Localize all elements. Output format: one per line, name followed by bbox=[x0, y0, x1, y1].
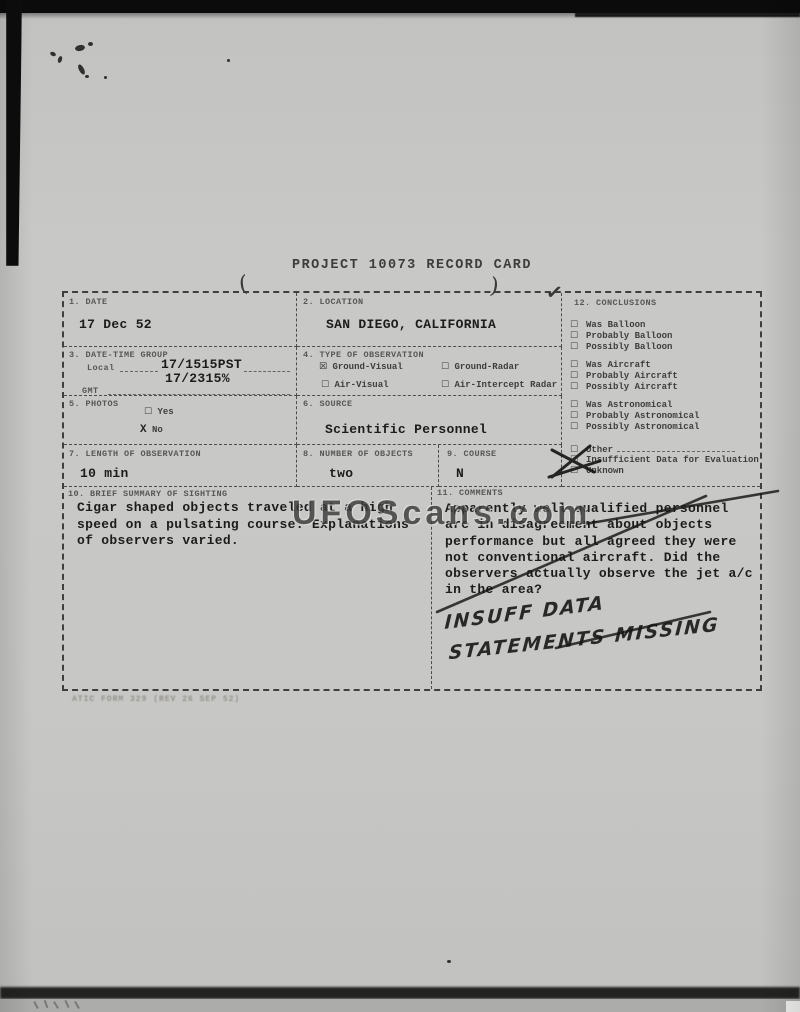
field-conclusions-label: 12. CONCLUSIONS bbox=[574, 298, 657, 308]
conclusion-option-possibly-aircraft: ☐Possibly Aircraft bbox=[570, 382, 678, 392]
checked-checkbox-icon: ☒ bbox=[319, 362, 327, 372]
field-location-value: SAN DIEGO, CALIFORNIA bbox=[326, 317, 496, 332]
ink-speck bbox=[74, 44, 85, 52]
ink-speck bbox=[447, 960, 451, 963]
conclusion-option-other: ☐Other bbox=[570, 442, 735, 455]
ink-speck bbox=[104, 76, 107, 79]
handwritten-paren-open: ( bbox=[238, 272, 249, 298]
handwritten-checkmark: ✓ bbox=[544, 279, 564, 305]
ink-speck bbox=[88, 42, 93, 46]
checkbox-icon: ☐ bbox=[570, 320, 586, 330]
typed-x-mark: X bbox=[140, 424, 147, 436]
comments-line: performance but all agreed they were bbox=[445, 534, 753, 550]
checkbox-icon: ☐ bbox=[570, 466, 586, 476]
checkbox-icon: ☐ bbox=[570, 342, 586, 352]
field-date: 1. DATE 17 Dec 52 bbox=[64, 293, 297, 347]
scanned-document-page: PROJECT 10073 RECORD CARD ( ) ✓ 1. DATE … bbox=[0, 0, 800, 1012]
checkbox-icon: ☐ bbox=[321, 380, 329, 390]
field-source-label: 6. SOURCE bbox=[303, 399, 353, 409]
photos-yes-option: ☐ Yes bbox=[144, 407, 174, 417]
field-course-value: N bbox=[456, 466, 464, 481]
checkbox-icon: ☐ bbox=[570, 445, 586, 455]
dtg-local-leader2 bbox=[244, 362, 290, 372]
field-location-label: 2. LOCATION bbox=[303, 297, 364, 307]
watermark: UFOScans.com bbox=[292, 494, 591, 533]
ink-speck bbox=[85, 75, 89, 78]
scan-top-shadow bbox=[0, 13, 800, 19]
summary-line: of observers varied. bbox=[77, 533, 409, 550]
checkbox-icon: ☐ bbox=[570, 400, 586, 410]
conclusion-option-was-aircraft: ☐Was Aircraft bbox=[570, 360, 651, 370]
dtg-local-value: 17/1515PST bbox=[161, 357, 242, 372]
option-air-intercept-radar: ☐ Air-Intercept Radar bbox=[441, 380, 557, 390]
checkbox-icon: ☐ bbox=[144, 407, 152, 417]
form-number-footer: ATIC FORM 329 (REV 26 SEP 52) bbox=[72, 695, 240, 704]
photos-no-option: X No bbox=[140, 424, 163, 436]
conclusion-option-unknown: ☐Unknown bbox=[570, 466, 624, 476]
field-number-value: two bbox=[329, 466, 353, 481]
checkbox-icon: ☐ bbox=[441, 362, 449, 372]
dtg-gmt-label: GMT bbox=[82, 386, 99, 396]
conclusion-option-possibly-balloon: ☐Possibly Balloon bbox=[570, 342, 672, 352]
conclusion-option-probably-aircraft: ☐Probably Aircraft bbox=[570, 371, 678, 381]
option-ground-radar: ☐ Ground-Radar bbox=[441, 362, 519, 372]
field-source-value: Scientific Personnel bbox=[325, 422, 487, 437]
dtg-local-label: Local bbox=[87, 363, 115, 373]
dtg-gmt-value: 17/2315% bbox=[165, 371, 230, 386]
ink-speck bbox=[227, 59, 230, 62]
field-location: 2. LOCATION SAN DIEGO, CALIFORNIA bbox=[297, 293, 562, 347]
field-type-of-observation: 4. TYPE OF OBSERVATION ☒ Ground-Visual ☐… bbox=[297, 347, 562, 396]
scan-left-edge bbox=[6, 0, 22, 266]
field-photos-label: 5. PHOTOS bbox=[69, 399, 119, 409]
form-title: PROJECT 10073 RECORD CARD bbox=[62, 258, 762, 273]
option-air-visual: ☐ Air-Visual bbox=[321, 380, 389, 390]
ink-speck bbox=[57, 56, 63, 64]
dtg-local-leader bbox=[120, 362, 158, 372]
conclusion-option-was-balloon: ☐Was Balloon bbox=[570, 320, 645, 330]
checkbox-icon: ☐ bbox=[570, 360, 586, 370]
scan-corner-patch bbox=[786, 1001, 800, 1012]
conclusion-option-probably-balloon: ☐Probably Balloon bbox=[570, 331, 672, 341]
conclusion-option-possibly-astronomical: ☐Possibly Astronomical bbox=[570, 422, 699, 432]
field-number-label: 8. NUMBER OF OBJECTS bbox=[303, 449, 413, 459]
field-length-value: 10 min bbox=[80, 466, 129, 481]
conclusion-option-insufficient-data: ☐Insufficient Data for Evaluation bbox=[570, 455, 759, 465]
field-type-obs-label: 4. TYPE OF OBSERVATION bbox=[303, 350, 424, 360]
scan-bottom-edge bbox=[0, 987, 800, 999]
comments-line: observers actually observe the jet a/c bbox=[445, 566, 753, 582]
ink-speck bbox=[49, 51, 56, 57]
field-date-time-group: 3. DATE-TIME GROUP Local 17/1515PST 17/2… bbox=[64, 347, 297, 396]
field-course-label: 9. COURSE bbox=[447, 449, 497, 459]
field-source: 6. SOURCE Scientific Personnel bbox=[297, 396, 562, 445]
option-ground-visual: ☒ Ground-Visual bbox=[319, 362, 403, 372]
field-photos: 5. PHOTOS ☐ Yes X No bbox=[64, 396, 297, 445]
other-blank-line bbox=[617, 442, 735, 452]
ink-speck bbox=[77, 63, 87, 75]
field-length-label: 7. LENGTH OF OBSERVATION bbox=[69, 449, 201, 459]
checkbox-icon: ☐ bbox=[570, 371, 586, 381]
field-number-of-objects: 8. NUMBER OF OBJECTS two bbox=[297, 445, 439, 487]
dtg-gmt-leader bbox=[108, 385, 290, 395]
checkbox-icon: ☐ bbox=[441, 380, 449, 390]
conclusion-option-was-astronomical: ☐Was Astronomical bbox=[570, 400, 672, 410]
field-date-label: 1. DATE bbox=[69, 297, 108, 307]
field-date-value: 17 Dec 52 bbox=[79, 317, 152, 332]
comments-line: not conventional aircraft. Did the bbox=[445, 550, 753, 566]
checkbox-icon: ☐ bbox=[570, 411, 586, 421]
checkbox-icon: ☐ bbox=[570, 382, 586, 392]
checkbox-icon: ☐ bbox=[570, 331, 586, 341]
field-length-of-observation: 7. LENGTH OF OBSERVATION 10 min bbox=[64, 445, 297, 487]
field-course: 9. COURSE N bbox=[439, 445, 562, 487]
field-conclusions: 12. CONCLUSIONS ☐Was Balloon ☐Probably B… bbox=[562, 293, 760, 487]
conclusion-option-probably-astronomical: ☐Probably Astronomical bbox=[570, 411, 699, 421]
field-dtg-label: 3. DATE-TIME GROUP bbox=[69, 350, 168, 360]
field-summary-label: 10. BRIEF SUMMARY OF SIGHTING bbox=[68, 489, 228, 499]
checkbox-icon: ☐ bbox=[570, 422, 586, 432]
scan-bottom-strip bbox=[0, 999, 800, 1012]
checkbox-icon: ☐ bbox=[570, 455, 586, 465]
